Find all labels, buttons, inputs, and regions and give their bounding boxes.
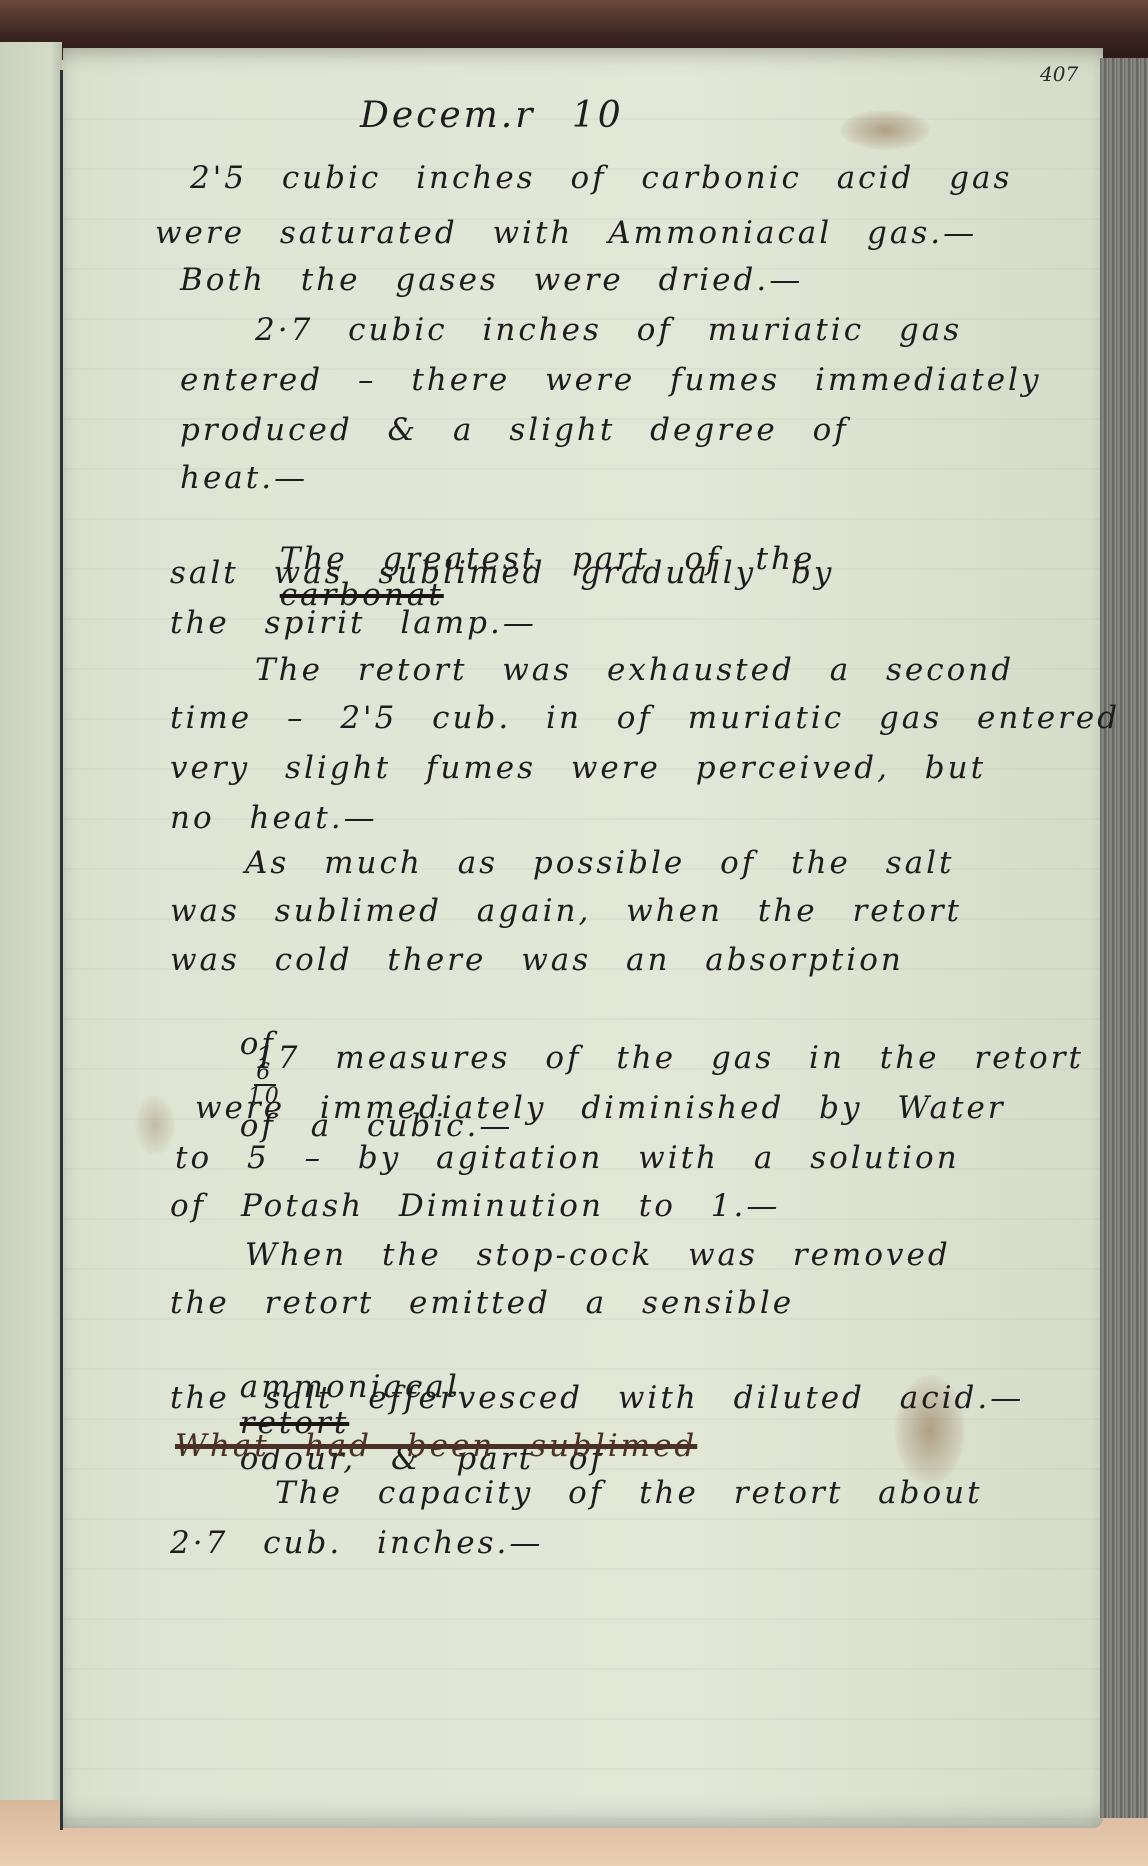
text-line: the spirit lamp.— [170,605,537,641]
text-line: The capacity of the retort about [275,1475,983,1511]
text-line: 17 measures of the gas in the retort [255,1040,1084,1076]
text-line: were saturated with Ammoniacal gas.— [155,215,977,251]
entry-date: Decem.r 10 [360,95,624,136]
ink-stain [135,1095,175,1155]
text-line: no heat.— [170,800,378,836]
text-line: was sublimed again, when the retort [170,893,962,929]
text-line: of Potash Diminution to 1.— [170,1188,780,1224]
text-line: were immediately diminished by Water [195,1090,1006,1126]
text-line: time – 2'5 cub. in of muriatic gas enter… [170,700,1120,736]
text-line: heat.— [180,460,308,496]
text-line: the retort emitted a sensible [170,1285,794,1321]
text-line: 2·7 cubic inches of muriatic gas [255,312,962,348]
struck-line: What had been sublimed [175,1428,697,1464]
text-line: salt was sublimed gradually by [170,555,834,591]
book-page-edges [1100,58,1148,1818]
text-line: was cold there was an absorption [170,942,904,978]
text-line: the salt effervesced with diluted acid.— [170,1380,1024,1416]
text-line: very slight fumes were perceived, but [170,750,986,786]
text-line: 2'5 cubic inches of carbonic acid gas [190,160,1012,196]
text-line: As much as possible of the salt [245,845,955,881]
text-line: The retort was exhausted a second [255,652,1014,688]
ink-stain [840,110,930,150]
text-line: produced & a slight degree of [180,412,849,448]
text-line: When the stop-cock was removed [245,1237,951,1273]
text-line: entered – there were fumes immediately [180,362,1041,398]
book-gutter [60,70,63,1830]
text-line: Both the gases were dried.— [180,262,803,298]
text-line: 2·7 cub. inches.— [170,1525,543,1561]
page-number: 407 [1040,62,1078,86]
facing-left-page [0,42,62,1842]
text-line: to 5 – by agitation with a solution [175,1140,960,1176]
